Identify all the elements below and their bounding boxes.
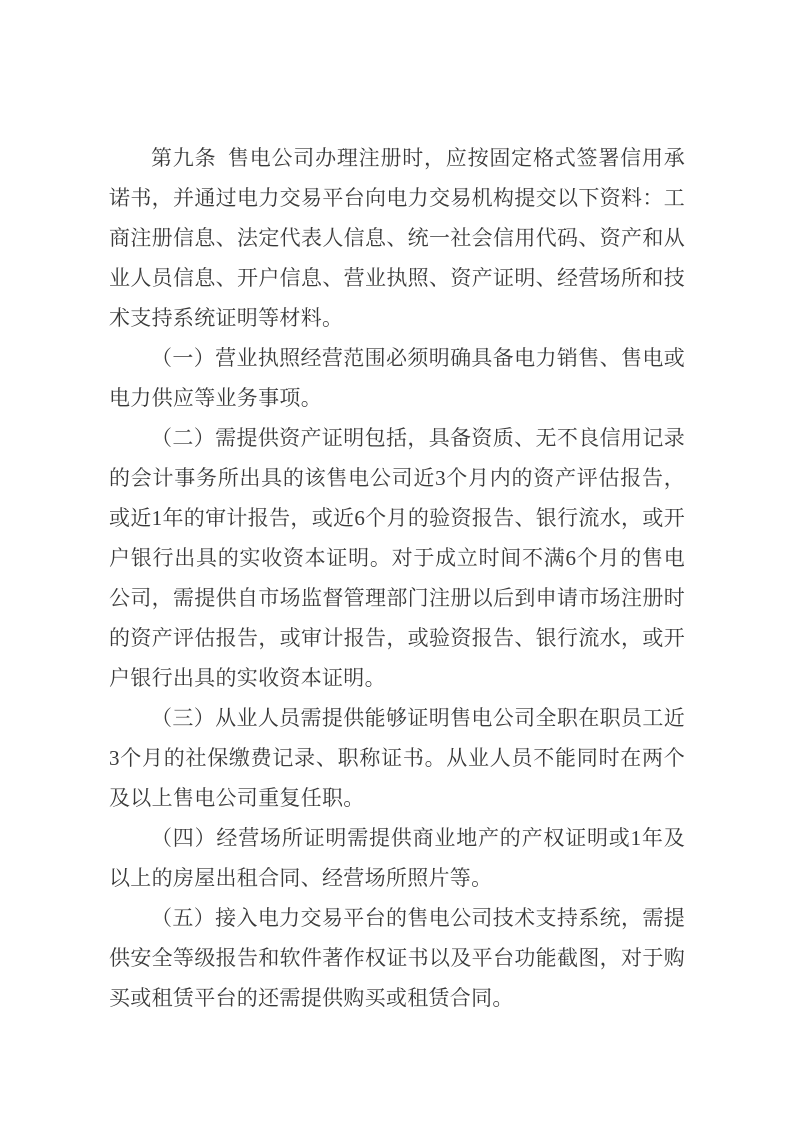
- clause-label: （一）: [151, 346, 215, 370]
- clause-label: （二）: [151, 426, 215, 450]
- clause-paragraph-1: （一）营业执照经营范围必须明确具备电力销售、售电或电力供应等业务事项。: [109, 338, 685, 418]
- article-paragraph: 第九条售电公司办理注册时，应按固定格式签署信用承诺书，并通过电力交易平台向电力交…: [109, 138, 685, 338]
- clause-paragraph-2: （二）需提供资产证明包括，具备资质、无不良信用记录的会计事务所出具的该售电公司近…: [109, 418, 685, 698]
- clause-paragraph-4: （四）经营场所证明需提供商业地产的产权证明或1年及以上的房屋出租合同、经营场所照…: [109, 818, 685, 898]
- clause-label: （五）: [151, 906, 215, 930]
- clause-paragraph-3: （三）从业人员需提供能够证明售电公司全职在职员工近3个月的社保缴费记录、职称证书…: [109, 698, 685, 818]
- clause-paragraph-5: （五）接入电力交易平台的售电公司技术支持系统，需提供安全等级报告和软件著作权证书…: [109, 898, 685, 1018]
- clause-label: （四）: [151, 826, 216, 850]
- article-number: 第九条: [151, 146, 216, 170]
- clause-label: （三）: [151, 706, 215, 730]
- article-text: 售电公司办理注册时，应按固定格式签署信用承诺书，并通过电力交易平台向电力交易机构…: [109, 146, 685, 330]
- clause-text: 需提供资产证明包括，具备资质、无不良信用记录的会计事务所出具的该售电公司近3个月…: [109, 426, 685, 690]
- document-content: 第九条售电公司办理注册时，应按固定格式签署信用承诺书，并通过电力交易平台向电力交…: [109, 138, 685, 1018]
- document-page: 第九条售电公司办理注册时，应按固定格式签署信用承诺书，并通过电力交易平台向电力交…: [0, 0, 794, 1123]
